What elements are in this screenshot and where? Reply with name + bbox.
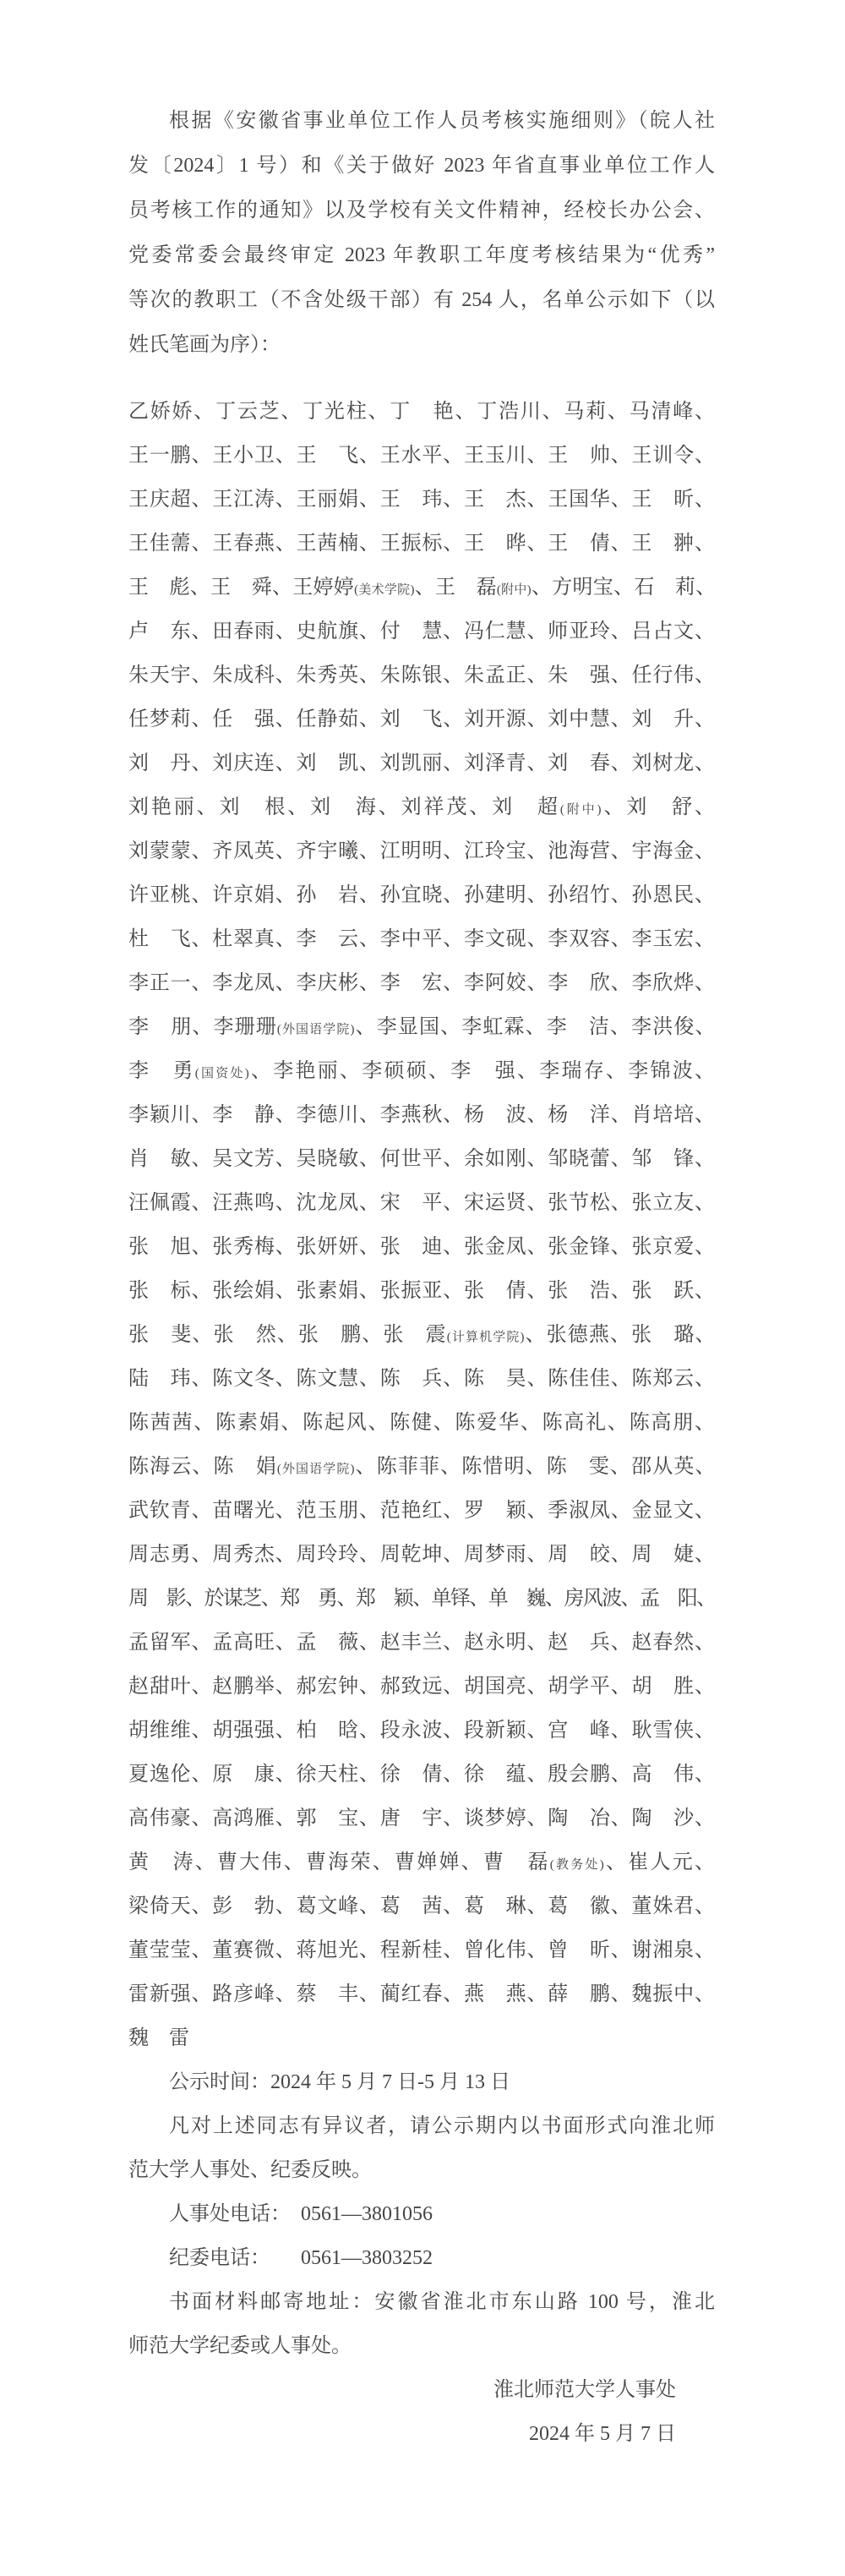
name-line: 陈茜茜、陈素娟、陈起风、陈健、陈爱华、陈高礼、陈高朋、 <box>128 1401 715 1445</box>
name-line: 孟留军、孟高旺、孟 薇、赵丰兰、赵永明、赵 兵、赵春然、 <box>128 1621 715 1665</box>
text-run: 张 旭、张秀梅、张妍妍、张 迪、张金凤、张金锋、张京爱、 <box>128 1236 715 1258</box>
name-line: 张 标、张绘娟、张素娟、张振亚、张 倩、张 浩、张 跃、 <box>128 1269 715 1313</box>
intro-paragraph: 根据《安徽省事业单位工作人员考核实施细则》（皖人社发〔2024〕1 号）和《关于… <box>128 99 715 368</box>
text-run: 朱天宇、朱成科、朱秀英、朱陈银、朱孟正、朱 强、任行伟、 <box>128 665 715 686</box>
text-run: 李正一、李龙凤、李庆彬、李 宏、李阿姣、李 欣、李欣烨、 <box>128 972 715 994</box>
text-run: 高伟豪、高鸿雁、郭 宝、唐 宇、谈梦婷、陶 冶、陶 沙、 <box>128 1808 715 1829</box>
text-run: 卢 东、田春雨、史航旗、付 慧、冯仁慧、师亚玲、吕占文、 <box>128 621 715 643</box>
text-run: 乙娇娇、丁云芝、丁光柱、丁 艳、丁浩川、马莉、马清峰、 <box>128 401 715 423</box>
name-line: 梁倚天、彭 勃、葛文峰、葛 茜、葛 琳、葛 徽、董姝君、 <box>128 1884 715 1928</box>
text-run: 、崔人元、 <box>604 1851 715 1873</box>
text-run: 、方明宝、石 莉、 <box>530 577 715 599</box>
footer-line: 凡对上述同志有异议者，请公示期内以书面形式向淮北师 <box>128 2104 715 2148</box>
document-content: 根据《安徽省事业单位工作人员考核实施细则》（皖人社发〔2024〕1 号）和《关于… <box>128 99 715 2456</box>
footer-line: 人事处电话： 0561—3801056 <box>128 2192 715 2236</box>
name-line: 王 彪、王 舜、王婷婷(美术学院)、王 磊(附中)、方明宝、石 莉、 <box>128 566 715 610</box>
name-line: 张 旭、张秀梅、张妍妍、张 迪、张金凤、张金锋、张京爱、 <box>128 1225 715 1269</box>
name-line: 雷新强、路彦峰、蔡 丰、蔺红春、燕 燕、薛 鹏、魏振中、 <box>128 1972 715 2016</box>
text-run: 范大学人事处、纪委反映。 <box>128 2159 372 2181</box>
footer-line: 师范大学纪委或人事处。 <box>128 2324 715 2368</box>
text-run: 黄 涛、曹大伟、曹海荣、曹婵婵、曹 磊 <box>128 1851 550 1873</box>
signature-date: 2024 年 5 月 7 日 <box>128 2412 676 2456</box>
text-run: 姓氏笔画为序）： <box>128 334 281 356</box>
text-run: 师范大学纪委或人事处。 <box>128 2335 352 2357</box>
text-run: 、李艳丽、李硕硕、李 强、李瑞存、李锦波、 <box>249 1060 715 1082</box>
text-run: 杜 飞、杜翠真、李 云、李中平、李文砚、李双容、李玉宏、 <box>128 928 715 950</box>
text-run: 发〔2024〕1 号）和《关于做好 2023 年省直事业单位工作人 <box>128 155 715 177</box>
name-line: 杜 飞、杜翠真、李 云、李中平、李文砚、李双容、李玉宏、 <box>128 917 715 961</box>
name-line: 刘艳丽、刘 根、刘 海、刘祥茂、刘 超(附中)、刘 舒、 <box>128 785 715 829</box>
text-run: 赵甜叶、赵鹏举、郝宏钟、郝致远、胡国亮、胡学平、胡 胜、 <box>128 1676 715 1698</box>
text-run: 纪委电话： 0561—3803252 <box>169 2247 433 2269</box>
text-run: 刘艳丽、刘 根、刘 海、刘祥茂、刘 超 <box>128 796 560 818</box>
text-run: 、李显国、李虹霖、李 洁、李洪俊、 <box>354 1016 715 1038</box>
footer-line: 公示时间：2024 年 5 月 7 日-5 月 13 日 <box>128 2060 715 2104</box>
text-run: 梁倚天、彭 勃、葛文峰、葛 茜、葛 琳、葛 徽、董姝君、 <box>128 1895 715 1917</box>
intro-line: 员考核工作的通知》以及学校有关文件精神，经校长办公会、 <box>128 189 715 233</box>
text-run: 王 彪、王 舜、王婷婷 <box>128 577 354 599</box>
name-line: 魏 雷 <box>128 2016 715 2060</box>
intro-line: 党委常委会最终审定 2023 年教职工年度考核结果为“优秀” <box>128 233 715 278</box>
text-run: 王一鹏、王小卫、王 飞、王水平、王玉川、王 帅、王训令、 <box>128 445 715 467</box>
text-run: 许亚桃、许京娟、孙 岩、孙宜晓、孙建明、孙绍竹、孙恩民、 <box>128 884 715 906</box>
department-annotation: (国资处) <box>195 1067 249 1080</box>
text-run: 汪佩霞、汪燕鸣、沈龙凤、宋 平、宋运贤、张节松、张立友、 <box>128 1192 715 1214</box>
department-annotation: (计算机学院) <box>447 1331 524 1344</box>
text-run: 公示时间：2024 年 5 月 7 日-5 月 13 日 <box>169 2071 510 2093</box>
name-line: 刘蒙蒙、齐凤英、齐宇曦、江明明、江玲宝、池海营、宇海金、 <box>128 829 715 873</box>
footer-line: 范大学人事处、纪委反映。 <box>128 2148 715 2192</box>
name-line: 胡维维、胡强强、柏 晗、段永波、段新颖、宫 峰、耿雪侠、 <box>128 1709 715 1753</box>
document-page: 根据《安徽省事业单位工作人员考核实施细则》（皖人社发〔2024〕1 号）和《关于… <box>0 0 845 2576</box>
text-run: 周志勇、周秀杰、周玲玲、周乾坤、周梦雨、周 皎、周 婕、 <box>128 1544 715 1566</box>
text-run: 雷新强、路彦峰、蔡 丰、蔺红春、燕 燕、薛 鹏、魏振中、 <box>128 1983 715 2005</box>
intro-line: 根据《安徽省事业单位工作人员考核实施细则》（皖人社 <box>128 99 715 144</box>
text-run: 李颖川、李 静、李德川、李燕秋、杨 波、杨 洋、肖培培、 <box>128 1104 715 1126</box>
text-run: 刘 丹、刘庆连、刘 凯、刘凯丽、刘泽青、刘 春、刘树龙、 <box>128 752 715 774</box>
text-run: 刘蒙蒙、齐凤英、齐宇曦、江明明、江玲宝、池海营、宇海金、 <box>128 840 715 862</box>
intro-line: 发〔2024〕1 号）和《关于做好 2023 年省直事业单位工作人 <box>128 144 715 189</box>
text-run: 、王 磊 <box>413 577 497 599</box>
text-run: 肖 敏、吴文芳、吴晓敏、何世平、余如刚、邹晓蕾、邹 锋、 <box>128 1148 715 1170</box>
name-line: 李 勇(国资处)、李艳丽、李硕硕、李 强、李瑞存、李锦波、 <box>128 1049 715 1093</box>
text-run: 周 影、於谋芝、郑 勇、郑 颖、单铎、单 巍、房风波、孟 阳、 <box>128 1588 715 1610</box>
name-line: 卢 东、田春雨、史航旗、付 慧、冯仁慧、师亚玲、吕占文、 <box>128 610 715 654</box>
text-run: 党委常委会最终审定 2023 年教职工年度考核结果为“优秀” <box>128 244 715 266</box>
footer-line: 纪委电话： 0561—3803252 <box>128 2236 715 2280</box>
text-run: 王佳薷、王春燕、王茜楠、王振标、王 晔、王 倩、王 翀、 <box>128 533 715 555</box>
name-line: 乙娇娇、丁云芝、丁光柱、丁 艳、丁浩川、马莉、马清峰、 <box>128 390 715 434</box>
department-annotation: (外国语学院) <box>277 1463 354 1476</box>
text-run: 、陈菲菲、陈惜明、陈 雯、邵从英、 <box>354 1456 715 1478</box>
text-run: 员考核工作的通知》以及学校有关文件精神，经校长办公会、 <box>128 200 715 222</box>
name-line: 王一鹏、王小卫、王 飞、王水平、王玉川、王 帅、王训令、 <box>128 434 715 478</box>
text-run: 魏 雷 <box>128 2027 189 2049</box>
text-run: 张 标、张绘娟、张素娟、张振亚、张 倩、张 浩、张 跃、 <box>128 1280 715 1302</box>
name-line: 李颖川、李 静、李德川、李燕秋、杨 波、杨 洋、肖培培、 <box>128 1093 715 1137</box>
department-annotation: (美术学院) <box>354 583 413 597</box>
name-line: 肖 敏、吴文芳、吴晓敏、何世平、余如刚、邹晓蕾、邹 锋、 <box>128 1137 715 1181</box>
text-run: 王庆超、王江涛、王丽娟、王 玮、王 杰、王国华、王 昕、 <box>128 489 715 511</box>
footer-line: 书面材料邮寄地址：安徽省淮北市东山路 100 号，淮北 <box>128 2280 715 2324</box>
intro-line: 等次的教职工（不含处级干部）有 254 人，名单公示如下（以 <box>128 278 715 323</box>
department-annotation: (教务处) <box>550 1858 604 1872</box>
name-line: 李 朋、李珊珊(外国语学院)、李显国、李虹霖、李 洁、李洪俊、 <box>128 1005 715 1049</box>
text-run: 孟留军、孟高旺、孟 薇、赵丰兰、赵永明、赵 兵、赵春然、 <box>128 1632 715 1654</box>
name-line: 周 影、於谋芝、郑 勇、郑 颖、单铎、单 巍、房风波、孟 阳、 <box>128 1577 715 1621</box>
name-line: 赵甜叶、赵鹏举、郝宏钟、郝致远、胡国亮、胡学平、胡 胜、 <box>128 1665 715 1709</box>
name-line: 任梦莉、任 强、任静茹、刘 飞、刘开源、刘中慧、刘 升、 <box>128 697 715 741</box>
department-annotation: (外国语学院) <box>277 1023 354 1036</box>
department-annotation: (附中) <box>497 583 531 597</box>
text-run: 李 朋、李珊珊 <box>128 1016 277 1038</box>
name-line: 王佳薷、王春燕、王茜楠、王振标、王 晔、王 倩、王 翀、 <box>128 522 715 566</box>
name-line: 李正一、李龙凤、李庆彬、李 宏、李阿姣、李 欣、李欣烨、 <box>128 961 715 1005</box>
name-line: 高伟豪、高鸿雁、郭 宝、唐 宇、谈梦婷、陶 冶、陶 沙、 <box>128 1797 715 1840</box>
text-run: 等次的教职工（不含处级干部）有 254 人，名单公示如下（以 <box>128 289 715 311</box>
text-run: 夏逸伦、原 康、徐天柱、徐 倩、徐 蕴、殷会鹏、高 伟、 <box>128 1764 715 1786</box>
text-run: 武钦青、苗曙光、范玉朋、范艳红、罗 颖、季淑凤、金显文、 <box>128 1500 715 1522</box>
signature-org: 淮北师范大学人事处 <box>128 2368 676 2412</box>
names-list: 乙娇娇、丁云芝、丁光柱、丁 艳、丁浩川、马莉、马清峰、王一鹏、王小卫、王 飞、王… <box>128 390 715 2060</box>
department-annotation: (附中) <box>560 803 602 817</box>
name-line: 陆 玮、陈文冬、陈文慧、陈 兵、陈 昊、陈佳佳、陈郑云、 <box>128 1357 715 1401</box>
text-run: 胡维维、胡强强、柏 晗、段永波、段新颖、宫 峰、耿雪侠、 <box>128 1720 715 1742</box>
text-run: 、刘 舒、 <box>602 796 715 818</box>
name-line: 董莹莹、董赛微、蒋旭光、程新桂、曾化伟、曾 昕、谢湘泉、 <box>128 1928 715 1972</box>
text-run: 董莹莹、董赛微、蒋旭光、程新桂、曾化伟、曾 昕、谢湘泉、 <box>128 1939 715 1961</box>
text-run: 陈海云、陈 娟 <box>128 1456 277 1478</box>
name-line: 武钦青、苗曙光、范玉朋、范艳红、罗 颖、季淑凤、金显文、 <box>128 1489 715 1533</box>
text-run: 书面材料邮寄地址：安徽省淮北市东山路 100 号，淮北 <box>169 2291 715 2313</box>
name-line: 黄 涛、曹大伟、曹海荣、曹婵婵、曹 磊(教务处)、崔人元、 <box>128 1840 715 1884</box>
text-run: 任梦莉、任 强、任静茹、刘 飞、刘开源、刘中慧、刘 升、 <box>128 708 715 730</box>
name-line: 汪佩霞、汪燕鸣、沈龙凤、宋 平、宋运贤、张节松、张立友、 <box>128 1181 715 1225</box>
name-line: 朱天宇、朱成科、朱秀英、朱陈银、朱孟正、朱 强、任行伟、 <box>128 654 715 697</box>
text-run: 、张德燕、张 璐、 <box>524 1324 715 1346</box>
footer-info: 公示时间：2024 年 5 月 7 日-5 月 13 日凡对上述同志有异议者，请… <box>128 2060 715 2368</box>
name-line: 张 斐、张 然、张 鹏、张 震(计算机学院)、张德燕、张 璐、 <box>128 1313 715 1357</box>
signature-block: 淮北师范大学人事处 2024 年 5 月 7 日 <box>128 2368 715 2456</box>
text-run: 陆 玮、陈文冬、陈文慧、陈 兵、陈 昊、陈佳佳、陈郑云、 <box>128 1368 715 1390</box>
text-run: 李 勇 <box>128 1060 195 1082</box>
name-line: 刘 丹、刘庆连、刘 凯、刘凯丽、刘泽青、刘 春、刘树龙、 <box>128 741 715 785</box>
name-line: 夏逸伦、原 康、徐天柱、徐 倩、徐 蕴、殷会鹏、高 伟、 <box>128 1753 715 1797</box>
text-run: 人事处电话： 0561—3801056 <box>169 2203 433 2225</box>
text-run: 凡对上述同志有异议者，请公示期内以书面形式向淮北师 <box>169 2115 715 2137</box>
text-run: 陈茜茜、陈素娟、陈起风、陈健、陈爱华、陈高礼、陈高朋、 <box>128 1412 715 1434</box>
name-line: 许亚桃、许京娟、孙 岩、孙宜晓、孙建明、孙绍竹、孙恩民、 <box>128 873 715 917</box>
name-line: 王庆超、王江涛、王丽娟、王 玮、王 杰、王国华、王 昕、 <box>128 478 715 522</box>
text-run: 张 斐、张 然、张 鹏、张 震 <box>128 1324 447 1346</box>
name-line: 周志勇、周秀杰、周玲玲、周乾坤、周梦雨、周 皎、周 婕、 <box>128 1533 715 1577</box>
name-line: 陈海云、陈 娟(外国语学院)、陈菲菲、陈惜明、陈 雯、邵从英、 <box>128 1445 715 1489</box>
intro-line: 姓氏笔画为序）： <box>128 323 715 368</box>
text-run: 根据《安徽省事业单位工作人员考核实施细则》（皖人社 <box>169 110 715 132</box>
